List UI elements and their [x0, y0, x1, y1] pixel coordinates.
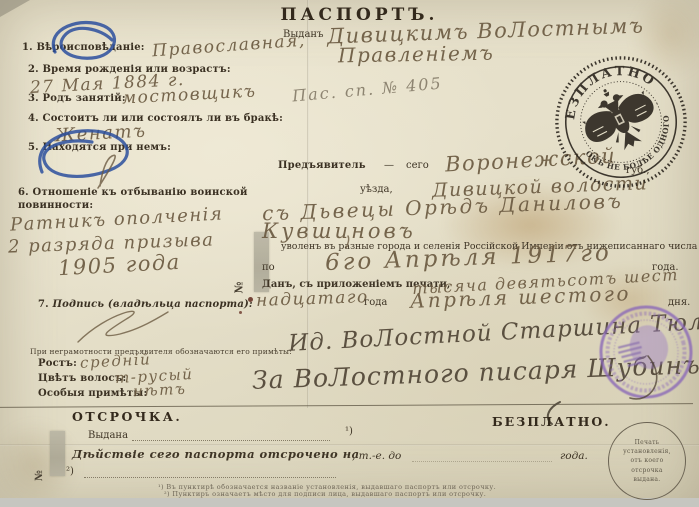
illiteracy-note: При неграмотности предъявителя обозначаю… — [30, 347, 292, 356]
crease-horizontal — [0, 444, 699, 446]
section-divider — [0, 403, 693, 408]
deferral-heading: ОТСРОЧКА. — [72, 409, 182, 424]
item-number: 1. — [22, 42, 33, 53]
footnote-2: ²) Пунктиръ означаетъ мѣсто для подписи … — [164, 490, 486, 498]
issued-handwriting-2: Правленіемъ — [338, 41, 495, 68]
dotted-line — [132, 430, 330, 441]
circle-text-line: Печать — [635, 438, 660, 447]
dash: — — [384, 160, 394, 171]
dotted-line — [412, 451, 552, 462]
uezda-label: уѣзда, — [360, 184, 393, 195]
item-1-label: 1. Вѣроисповѣданіе: — [22, 42, 145, 53]
free-seal: БЕЗПЛАТНО. НА СРОКЪ НЕ БОЛѢЕ ОДНОГО ГОДА… — [549, 50, 693, 194]
item-number: 4. — [28, 113, 39, 124]
item-label: Вѣроисповѣданіе: — [37, 42, 145, 53]
special-marks-label: Особыя примѣты: — [38, 388, 147, 399]
pen-stroke-item5 — [98, 155, 115, 188]
item-label: Подпись (владѣльца паспорта): — [53, 299, 253, 310]
footnote2-mark: ²) — [66, 466, 74, 477]
item-6-value-line3: 1905 года — [57, 250, 181, 280]
item-3-label: 3. Родъ занятій: — [28, 93, 126, 104]
footnote1-mark: ¹) — [345, 426, 353, 437]
item-1-value: Православная, — [151, 31, 306, 62]
pen-stroke-item7 — [78, 311, 168, 342]
scan-edge-bottom — [0, 498, 699, 507]
item-number: 5. — [28, 142, 39, 153]
dotted-line — [84, 467, 336, 478]
circle-text-line: установленія, — [623, 447, 671, 456]
item-label: Родъ занятій: — [43, 93, 126, 104]
stain — [0, 420, 80, 507]
year-handwriting-2: надцатаго — [256, 287, 369, 311]
item-label: Состоитъ ли или состоялъ ли въ бракѣ: — [43, 113, 284, 124]
surname-handwriting: Кувшиновъ — [262, 219, 416, 243]
circle-text-line: отсрочка — [631, 466, 662, 475]
number-mark: № — [34, 470, 45, 481]
item-5-label: 5. Находятся при немъ: — [28, 142, 171, 153]
item-4-label: 4. Состоитъ ли или состоялъ ли въ бракѣ: — [28, 113, 283, 124]
ink-dot — [239, 311, 242, 314]
bezplatno-heading: БЕЗПЛАТНО. — [492, 414, 611, 429]
circle-text-line: выдана. — [633, 475, 660, 484]
item-number: 6. — [18, 187, 29, 198]
deferral-line: Дѣйствіе сего паспорта отсрочено на — [72, 447, 360, 461]
violet-seal — [594, 302, 698, 402]
item-7-label: 7. Подпись (владѣльца паспорта): — [38, 299, 253, 310]
item-number: 7. — [38, 299, 49, 310]
tape-strip — [50, 431, 65, 476]
item-number: 3. — [28, 93, 39, 104]
bearer-label: Предъявитель — [278, 160, 366, 171]
hair-color-label: Цвѣтъ волосъ: — [38, 373, 126, 384]
pencil-note: Пас. сп. № 405 — [291, 73, 443, 105]
item-number: 2. — [28, 64, 39, 75]
seal-placement-circle: Печать установленія, отъ коего отсрочка … — [608, 422, 686, 500]
height-label: Ростъ: — [38, 358, 77, 369]
item-label: Находятся при немъ: — [43, 142, 172, 153]
te-do-label: , т.-е. до — [352, 450, 401, 462]
vydana-label: Выдана — [88, 430, 128, 441]
goda2-label: года — [364, 297, 387, 308]
circle-text-line: отъ коего — [630, 456, 663, 465]
po-label: по — [262, 262, 275, 273]
special-marks-value: нѣтъ — [133, 380, 187, 401]
passport-document: ПАСПОРТЪ. Выданъ Дивицкимъ ВоЛостнымъ Пр… — [0, 0, 699, 507]
goda-label: года. — [560, 450, 588, 462]
number-mark: № — [232, 282, 245, 294]
sego-label: сего — [406, 160, 429, 171]
